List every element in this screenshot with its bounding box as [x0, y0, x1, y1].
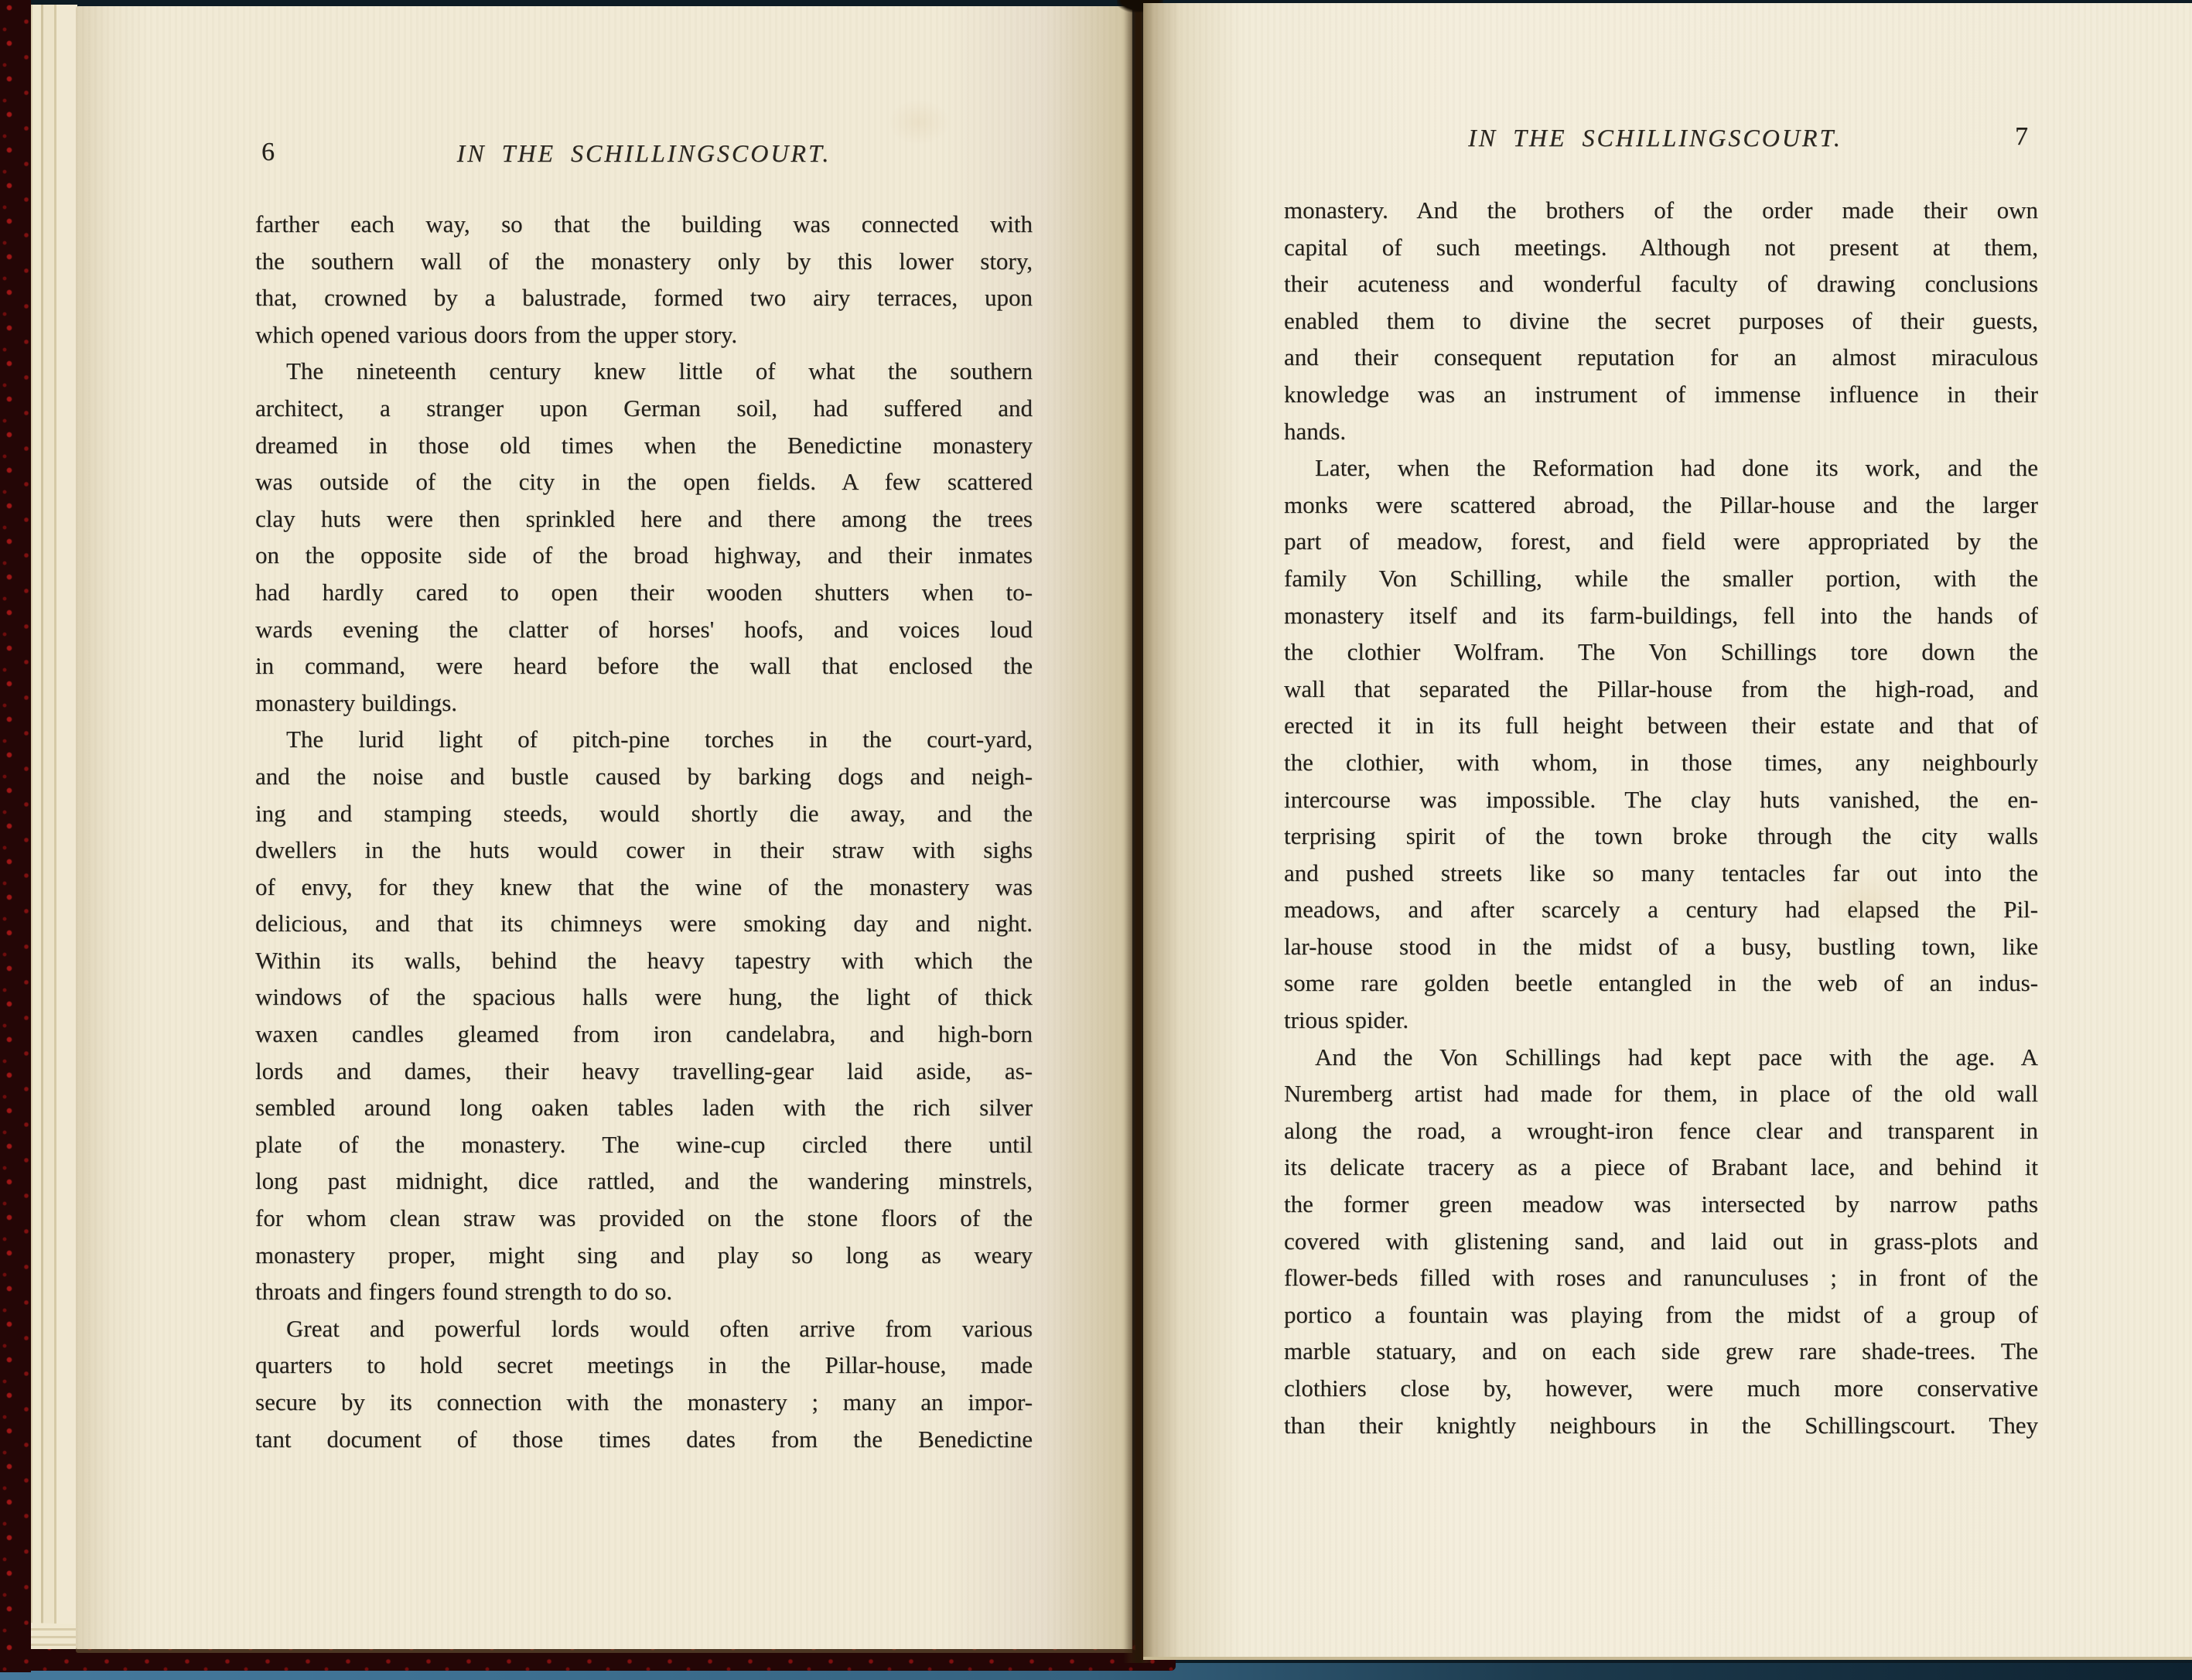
- text-line: some rare golden beetle entangled in the…: [1284, 965, 2038, 1002]
- book-cover-left-edge: [0, 0, 31, 1672]
- text-line: Later, when the Reformation had done its…: [1284, 449, 2038, 487]
- text-line: monastery buildings.: [255, 685, 1033, 722]
- text-line: and their consequent reputation for an a…: [1284, 339, 2038, 376]
- text-line: erected it in its full height between th…: [1284, 707, 2038, 744]
- left-page-body: farther each way, so that the building w…: [255, 206, 1033, 1457]
- text-line: had hardly cared to open their wooden sh…: [255, 574, 1033, 611]
- text-line: intercourse was impossible. The clay hut…: [1284, 781, 2038, 818]
- text-line: that, crowned by a balustrade, formed tw…: [255, 279, 1033, 316]
- text-line: along the road, a wrought-iron fence cle…: [1284, 1112, 2038, 1149]
- text-line: the former green meadow was intersected …: [1284, 1186, 2038, 1223]
- text-line: sembled around long oaken tables laden w…: [255, 1089, 1033, 1126]
- text-line: hands.: [1284, 413, 2038, 450]
- text-line: their acuteness and wonderful faculty of…: [1284, 265, 2038, 302]
- text-line: trious spider.: [1284, 1002, 2038, 1039]
- text-line: And the Von Schillings had kept pace wit…: [1284, 1039, 2038, 1076]
- text-line: dreamed in those old times when the Bene…: [255, 427, 1033, 464]
- text-line: lar-house stood in the midst of a busy, …: [1284, 928, 2038, 965]
- text-line: meadows, and after scarcely a century ha…: [1284, 891, 2038, 928]
- text-line: Great and powerful lords would often arr…: [255, 1310, 1033, 1347]
- text-line: terprising spirit of the town broke thro…: [1284, 818, 2038, 855]
- text-line: Within its walls, behind the heavy tapes…: [255, 942, 1033, 979]
- text-line: monastery proper, might sing and play so…: [255, 1237, 1033, 1274]
- text-line: monastery itself and its farm-buildings,…: [1284, 597, 2038, 634]
- text-line: knowledge was an instrument of immense i…: [1284, 376, 2038, 413]
- text-line: lords and dames, their heavy travelling-…: [255, 1053, 1033, 1090]
- text-line: the clothier, with whom, in those times,…: [1284, 744, 2038, 781]
- paper-stain: [888, 99, 950, 145]
- text-line: clothiers close by, however, were much m…: [1284, 1370, 2038, 1407]
- text-line: The nineteenth century knew little of wh…: [255, 353, 1033, 390]
- text-line: than their knightly neighbours in the Sc…: [1284, 1407, 2038, 1444]
- text-line: of envy, for they knew that the wine of …: [255, 869, 1033, 906]
- left-page-header: 6 IN THE SCHILLINGSCOURT.: [255, 139, 1033, 179]
- running-header-right: IN THE SCHILLINGSCOURT.: [1268, 124, 2042, 152]
- text-line: monastery. And the brothers of the order…: [1284, 192, 2038, 229]
- text-line: dwellers in the huts would cower in thei…: [255, 831, 1033, 869]
- text-line: tant document of those times dates from …: [255, 1421, 1033, 1458]
- page-edges-stack-left: [31, 5, 77, 1648]
- text-line: and the noise and bustle caused by barki…: [255, 758, 1033, 795]
- text-line: marble statuary, and on each side grew r…: [1284, 1333, 2038, 1370]
- text-line: on the opposite side of the broad highwa…: [255, 537, 1033, 574]
- text-line: clay huts were then sprinkled here and t…: [255, 500, 1033, 538]
- text-line: plate of the monastery. The wine-cup cir…: [255, 1126, 1033, 1163]
- text-line: portico a fountain was playing from the …: [1284, 1296, 2038, 1333]
- text-line: part of meadow, forest, and field were a…: [1284, 523, 2038, 560]
- text-line: The lurid light of pitch-pine torches in…: [255, 721, 1033, 758]
- text-line: the clothier Wolfram. The Von Schillings…: [1284, 633, 2038, 671]
- text-line: secure by its connection with the monast…: [255, 1384, 1033, 1421]
- page-number-right: 7: [2015, 122, 2028, 152]
- text-line: in command, were heard before the wall t…: [255, 647, 1033, 685]
- text-line: delicious, and that its chimneys were sm…: [255, 905, 1033, 942]
- text-line: farther each way, so that the building w…: [255, 206, 1033, 243]
- text-line: and pushed streets like so many tentacle…: [1284, 855, 2038, 892]
- text-line: wards evening the clatter of horses' hoo…: [255, 611, 1033, 648]
- text-line: ing and stamping steeds, would shortly d…: [255, 795, 1033, 832]
- text-line: its delicate tracery as a piece of Braba…: [1284, 1149, 2038, 1186]
- text-line: windows of the spacious halls were hung,…: [255, 978, 1033, 1016]
- running-header-left: IN THE SCHILLINGSCOURT.: [255, 139, 1033, 168]
- text-line: for whom clean straw was provided on the…: [255, 1200, 1033, 1237]
- text-line: capital of such meetings. Although not p…: [1284, 229, 2038, 266]
- right-page: IN THE SCHILLINGSCOURT. 7 monastery. And…: [1143, 3, 2192, 1660]
- text-line: monks were scattered abroad, the Pillar-…: [1284, 487, 2038, 524]
- text-line: the southern wall of the monastery only …: [255, 243, 1033, 280]
- text-line: throats and fingers found strength to do…: [255, 1273, 1033, 1310]
- left-page: 6 IN THE SCHILLINGSCOURT. farther each w…: [76, 6, 1132, 1649]
- text-line: wall that separated the Pillar-house fro…: [1284, 671, 2038, 708]
- text-line: architect, a stranger upon German soil, …: [255, 390, 1033, 427]
- right-page-header: IN THE SCHILLINGSCOURT. 7: [1268, 124, 2042, 164]
- text-line: Nuremberg artist had made for them, in p…: [1284, 1075, 2038, 1112]
- page-number-left: 6: [261, 138, 275, 167]
- open-book-scan: 6 IN THE SCHILLINGSCOURT. farther each w…: [0, 0, 2192, 1680]
- text-line: which opened various doors from the uppe…: [255, 316, 1033, 353]
- text-line: covered with glistening sand, and laid o…: [1284, 1223, 2038, 1260]
- text-line: long past midnight, dice rattled, and th…: [255, 1163, 1033, 1200]
- text-line: waxen candles gleamed from iron candelab…: [255, 1016, 1033, 1053]
- text-line: family Von Schilling, while the smaller …: [1284, 560, 2038, 597]
- right-page-body: monastery. And the brothers of the order…: [1284, 192, 2038, 1443]
- text-line: was outside of the city in the open fiel…: [255, 463, 1033, 500]
- text-line: flower-beds filled with roses and ranunc…: [1284, 1259, 2038, 1296]
- text-line: quarters to hold secret meetings in the …: [255, 1347, 1033, 1384]
- text-line: enabled them to divine the secret purpos…: [1284, 302, 2038, 340]
